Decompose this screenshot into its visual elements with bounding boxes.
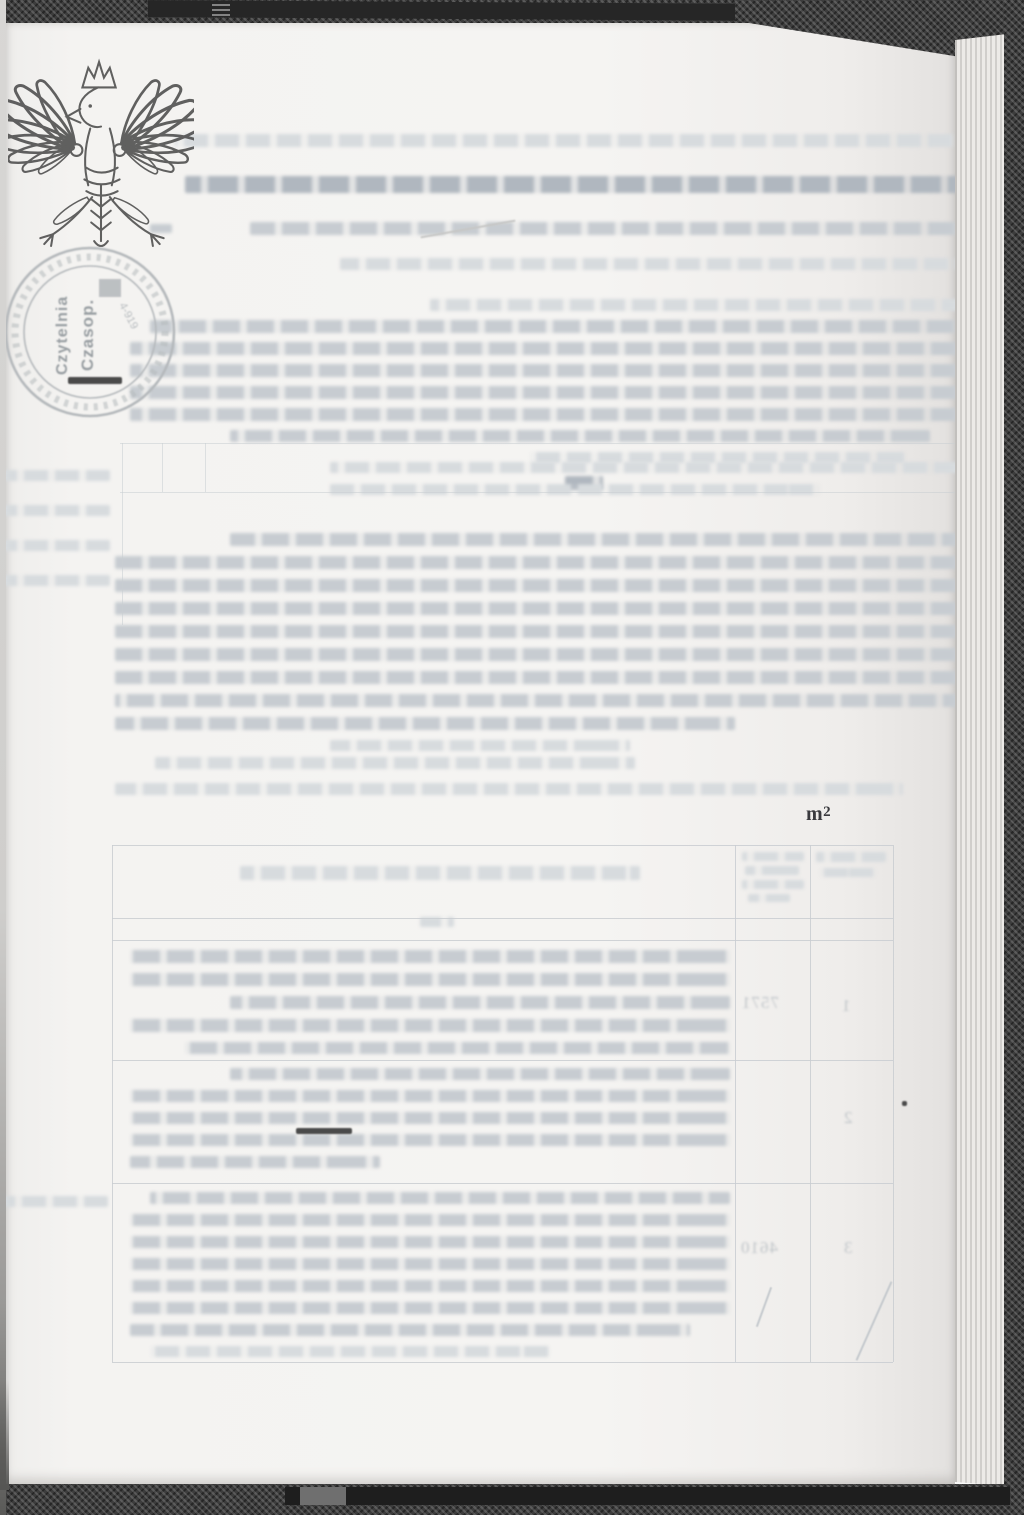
stamp-center-line2: Czasop. — [78, 299, 97, 371]
page-left-edge-shadow — [0, 0, 6, 1515]
book-cover-bottom-spine-strip — [285, 1487, 1010, 1505]
scanned-book-page-photo: 75714610123 — [0, 0, 1024, 1515]
eagle-head — [67, 87, 101, 127]
stamp-side-mark: 4-919 — [116, 301, 140, 331]
eagle-right-wing — [115, 77, 194, 177]
page-edges-stack — [955, 34, 1007, 1486]
eagle-body — [71, 129, 126, 196]
page-bottom-left-edge — [0, 1380, 9, 1490]
eagle-crown — [82, 62, 115, 87]
unit-label: m2 — [806, 803, 831, 826]
unit-base: m — [806, 803, 823, 825]
stamp-center-mark — [99, 279, 121, 297]
book-cover-right-edge — [1004, 0, 1024, 1515]
cover-stitch-mark — [212, 4, 230, 17]
stamp-center-line1: Czytelnia — [54, 296, 71, 375]
eagle-left-wing — [8, 77, 81, 177]
polish-eagle-emblem — [8, 52, 194, 254]
book-cover-bottom-notch — [300, 1487, 346, 1505]
unit-superscript: 2 — [823, 804, 831, 820]
library-stamp: Czytelnia Czasop. 4-919 — [1, 243, 181, 423]
